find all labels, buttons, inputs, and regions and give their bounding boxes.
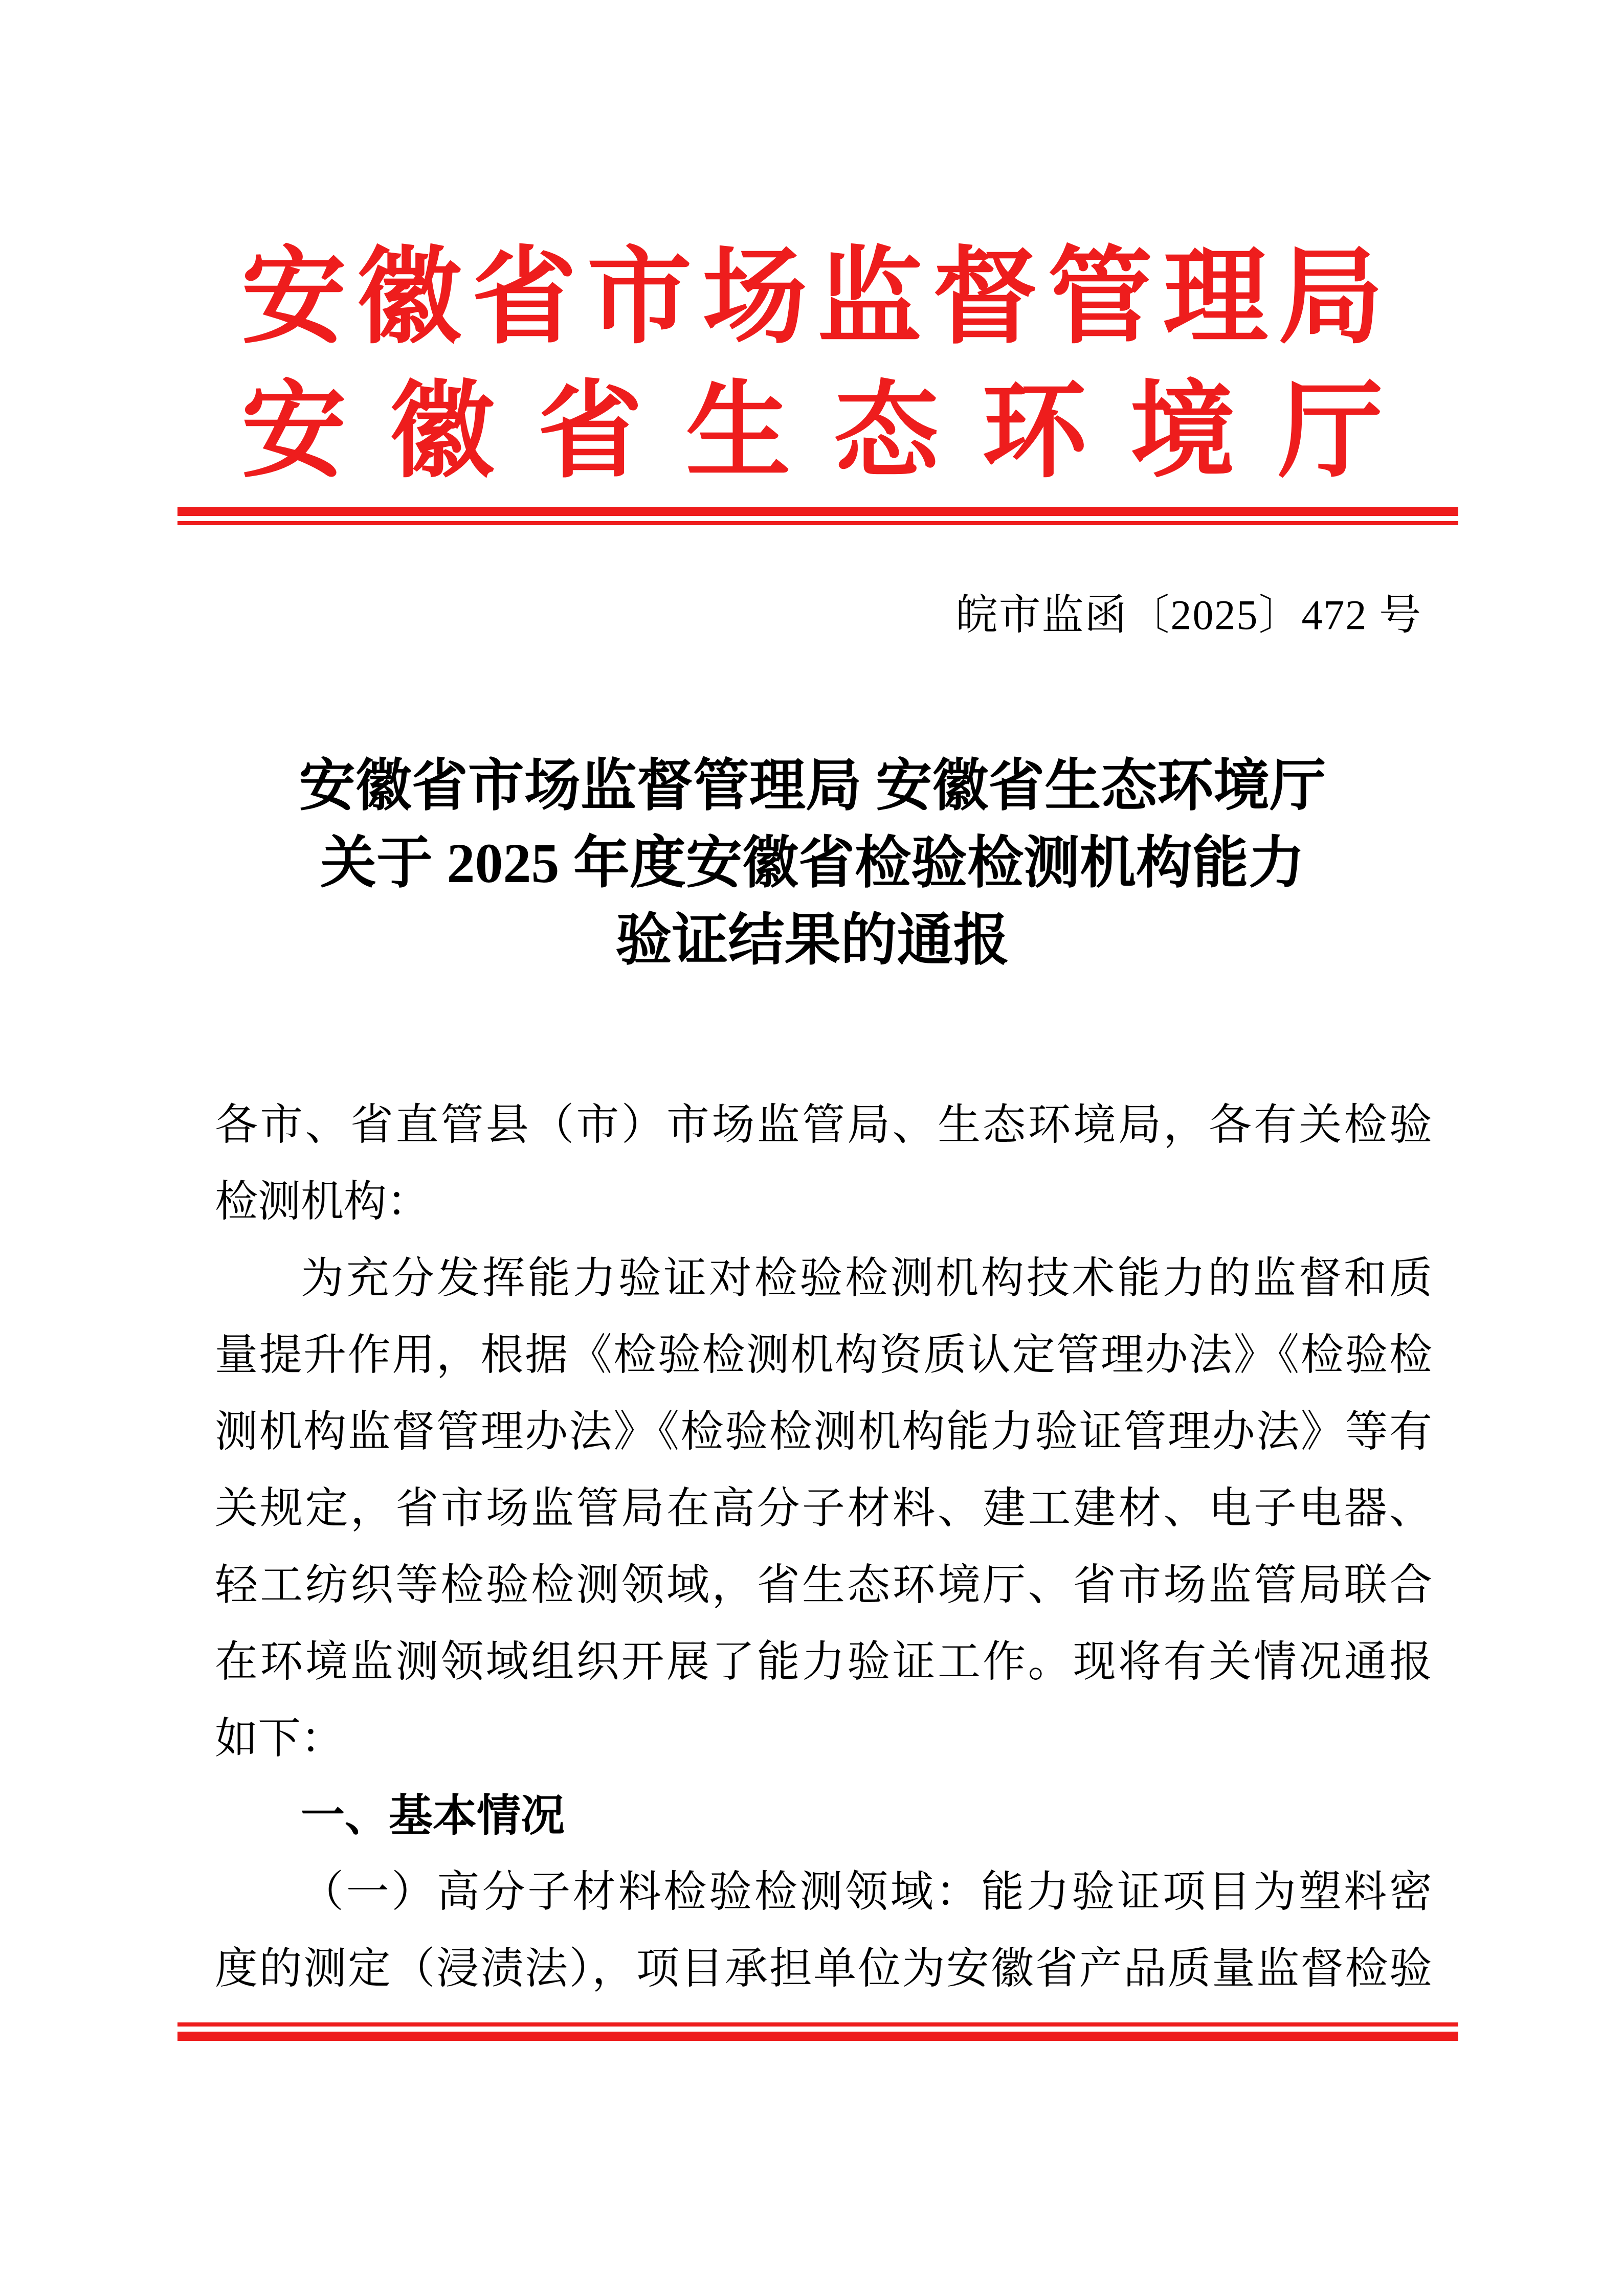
header-separator-thin-line — [177, 521, 1458, 525]
document-masthead: 安徽省市场监督管理局 安徽省生态环境厅 — [241, 231, 1383, 499]
footer-separator-gap — [177, 2027, 1458, 2032]
header-separator-gap — [177, 516, 1458, 521]
document-title-line-3: 验证结果的通报 — [206, 902, 1419, 979]
section-heading: 一、基本情况 — [215, 1777, 1432, 1854]
salutation-line: 各市、省直管县（市）市场监管局、生态环境局，各有关检验 — [215, 1087, 1432, 1164]
footer-separator-thin-line — [177, 2022, 1458, 2027]
paragraph-line: 关规定，省市场监管局在高分子材料、建工建材、电子电器、 — [215, 1471, 1432, 1547]
paragraph-line: 为充分发挥能力验证对检验检测机构技术能力的监督和质 — [215, 1241, 1432, 1317]
paragraph-line: 量提升作用，根据《检验检测机构资质认定管理办法》《检验检 — [215, 1317, 1432, 1394]
document-body: 各市、省直管县（市）市场监管局、生态环境局，各有关检验 检测机构： 为充分发挥能… — [215, 1087, 1432, 2008]
paragraph-line: 度的测定（浸渍法），项目承担单位为安徽省产品质量监督检验 — [215, 1931, 1432, 2008]
paragraph-line: 测机构监督管理办法》《检验检测机构能力验证管理办法》等有 — [215, 1394, 1432, 1471]
header-separator-thick-line — [177, 507, 1458, 516]
paragraph-line: 如下： — [215, 1701, 1432, 1777]
issuing-agency-line-2: 安徽省生态环境厅 — [241, 365, 1383, 499]
footer-separator — [177, 2022, 1458, 2041]
footer-separator-thick-line — [177, 2032, 1458, 2041]
paragraph-line: （一）高分子材料检验检测领域：能力验证项目为塑料密 — [215, 1854, 1432, 1931]
header-separator — [177, 507, 1458, 525]
paragraph-line: 轻工纺织等检验检测领域，省生态环境厅、省市场监管局联合 — [215, 1547, 1432, 1624]
document-page: 安徽省市场监督管理局 安徽省生态环境厅 皖市监函〔2025〕472 号 安徽省市… — [0, 0, 1624, 2296]
document-title: 安徽省市场监督管理局 安徽省生态环境厅 关于 2025 年度安徽省检验检测机构能… — [206, 748, 1419, 979]
issuing-agency-line-1: 安徽省市场监督管理局 — [241, 231, 1383, 365]
paragraph-line: 在环境监测领域组织开展了能力验证工作。现将有关情况通报 — [215, 1624, 1432, 1701]
document-number: 皖市监函〔2025〕472 号 — [215, 587, 1422, 643]
document-title-line-2: 关于 2025 年度安徽省检验检测机构能力 — [206, 825, 1419, 902]
salutation-line: 检测机构： — [215, 1164, 1432, 1241]
document-title-line-1: 安徽省市场监督管理局 安徽省生态环境厅 — [206, 748, 1419, 825]
